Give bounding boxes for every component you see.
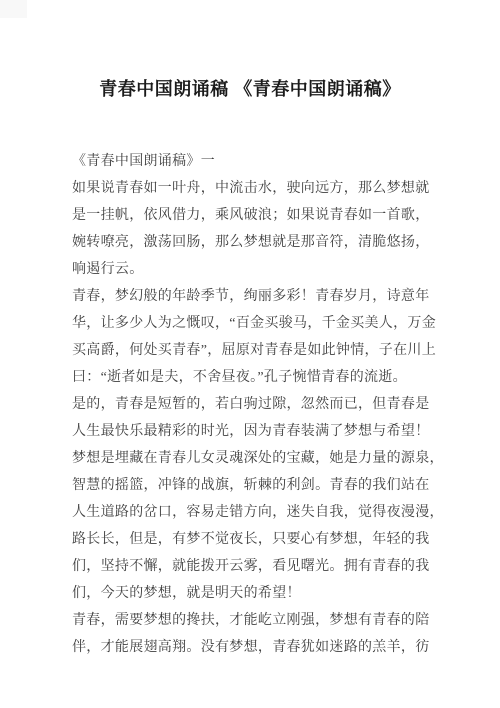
text-line: 婉转嘹亮，激荡回肠，那么梦想就是那音符，清脆悠扬， — [72, 229, 436, 256]
text-line: 是一挂帆，依风借力，乘风破浪；如果说青春如一首歌， — [72, 202, 436, 229]
text-line: 们，今天的梦想，就是明天的希望！ — [72, 580, 436, 607]
text-line: 人生道路的岔口，容易走错方向，迷失自我，觉得夜漫漫， — [72, 499, 436, 526]
scan-corner-artifact — [0, 0, 27, 18]
text-line: 买高爵，何处买青春”，屈原对青春是如此钟情，子在川上 — [72, 337, 436, 364]
text-line: 智慧的摇篮，冲锋的战旗，斩棘的利剑。青春的我们站在 — [72, 472, 436, 499]
text-line: 们，坚持不懈，就能拨开云雾，看见曙光。拥有青春的我 — [72, 553, 436, 580]
document-title: 青春中国朗诵稿 《青春中国朗诵稿》 — [0, 0, 500, 102]
text-line: 响遏行云。 — [72, 256, 436, 283]
text-line: 华，让多少人为之慨叹，“百金买骏马，千金买美人，万金 — [72, 310, 436, 337]
document-body: 《青春中国朗诵稿》一如果说青春如一叶舟，中流击水，驶向远方，那么梦想就是一挂帆，… — [72, 148, 436, 661]
text-line: 《青春中国朗诵稿》一 — [72, 148, 436, 175]
text-line: 曰：“逝者如是夫，不舍昼夜。”孔子惋惜青春的流逝。 — [72, 364, 436, 391]
text-line: 伴，才能展翅高翔。没有梦想，青春犹如迷路的羔羊，彷 — [72, 634, 436, 661]
document-page: 青春中国朗诵稿 《青春中国朗诵稿》 《青春中国朗诵稿》一如果说青春如一叶舟，中流… — [0, 0, 500, 708]
text-line: 路长长，但是，有梦不觉夜长，只要心有梦想，年轻的我 — [72, 526, 436, 553]
text-line: 梦想是埋藏在青春儿女灵魂深处的宝藏，她是力量的源泉， — [72, 445, 436, 472]
text-line: 如果说青春如一叶舟，中流击水，驶向远方，那么梦想就 — [72, 175, 436, 202]
text-line: 是的，青春是短暂的，若白驹过隙，忽然而已，但青春是 — [72, 391, 436, 418]
text-line: 青春，梦幻般的年龄季节，绚丽多彩！青春岁月，诗意年 — [72, 283, 436, 310]
text-line: 青春，需要梦想的搀扶，才能屹立刚强，梦想有青春的陪 — [72, 607, 436, 634]
text-line: 人生最快乐最精彩的时光，因为青春装满了梦想与希望！ — [72, 418, 436, 445]
